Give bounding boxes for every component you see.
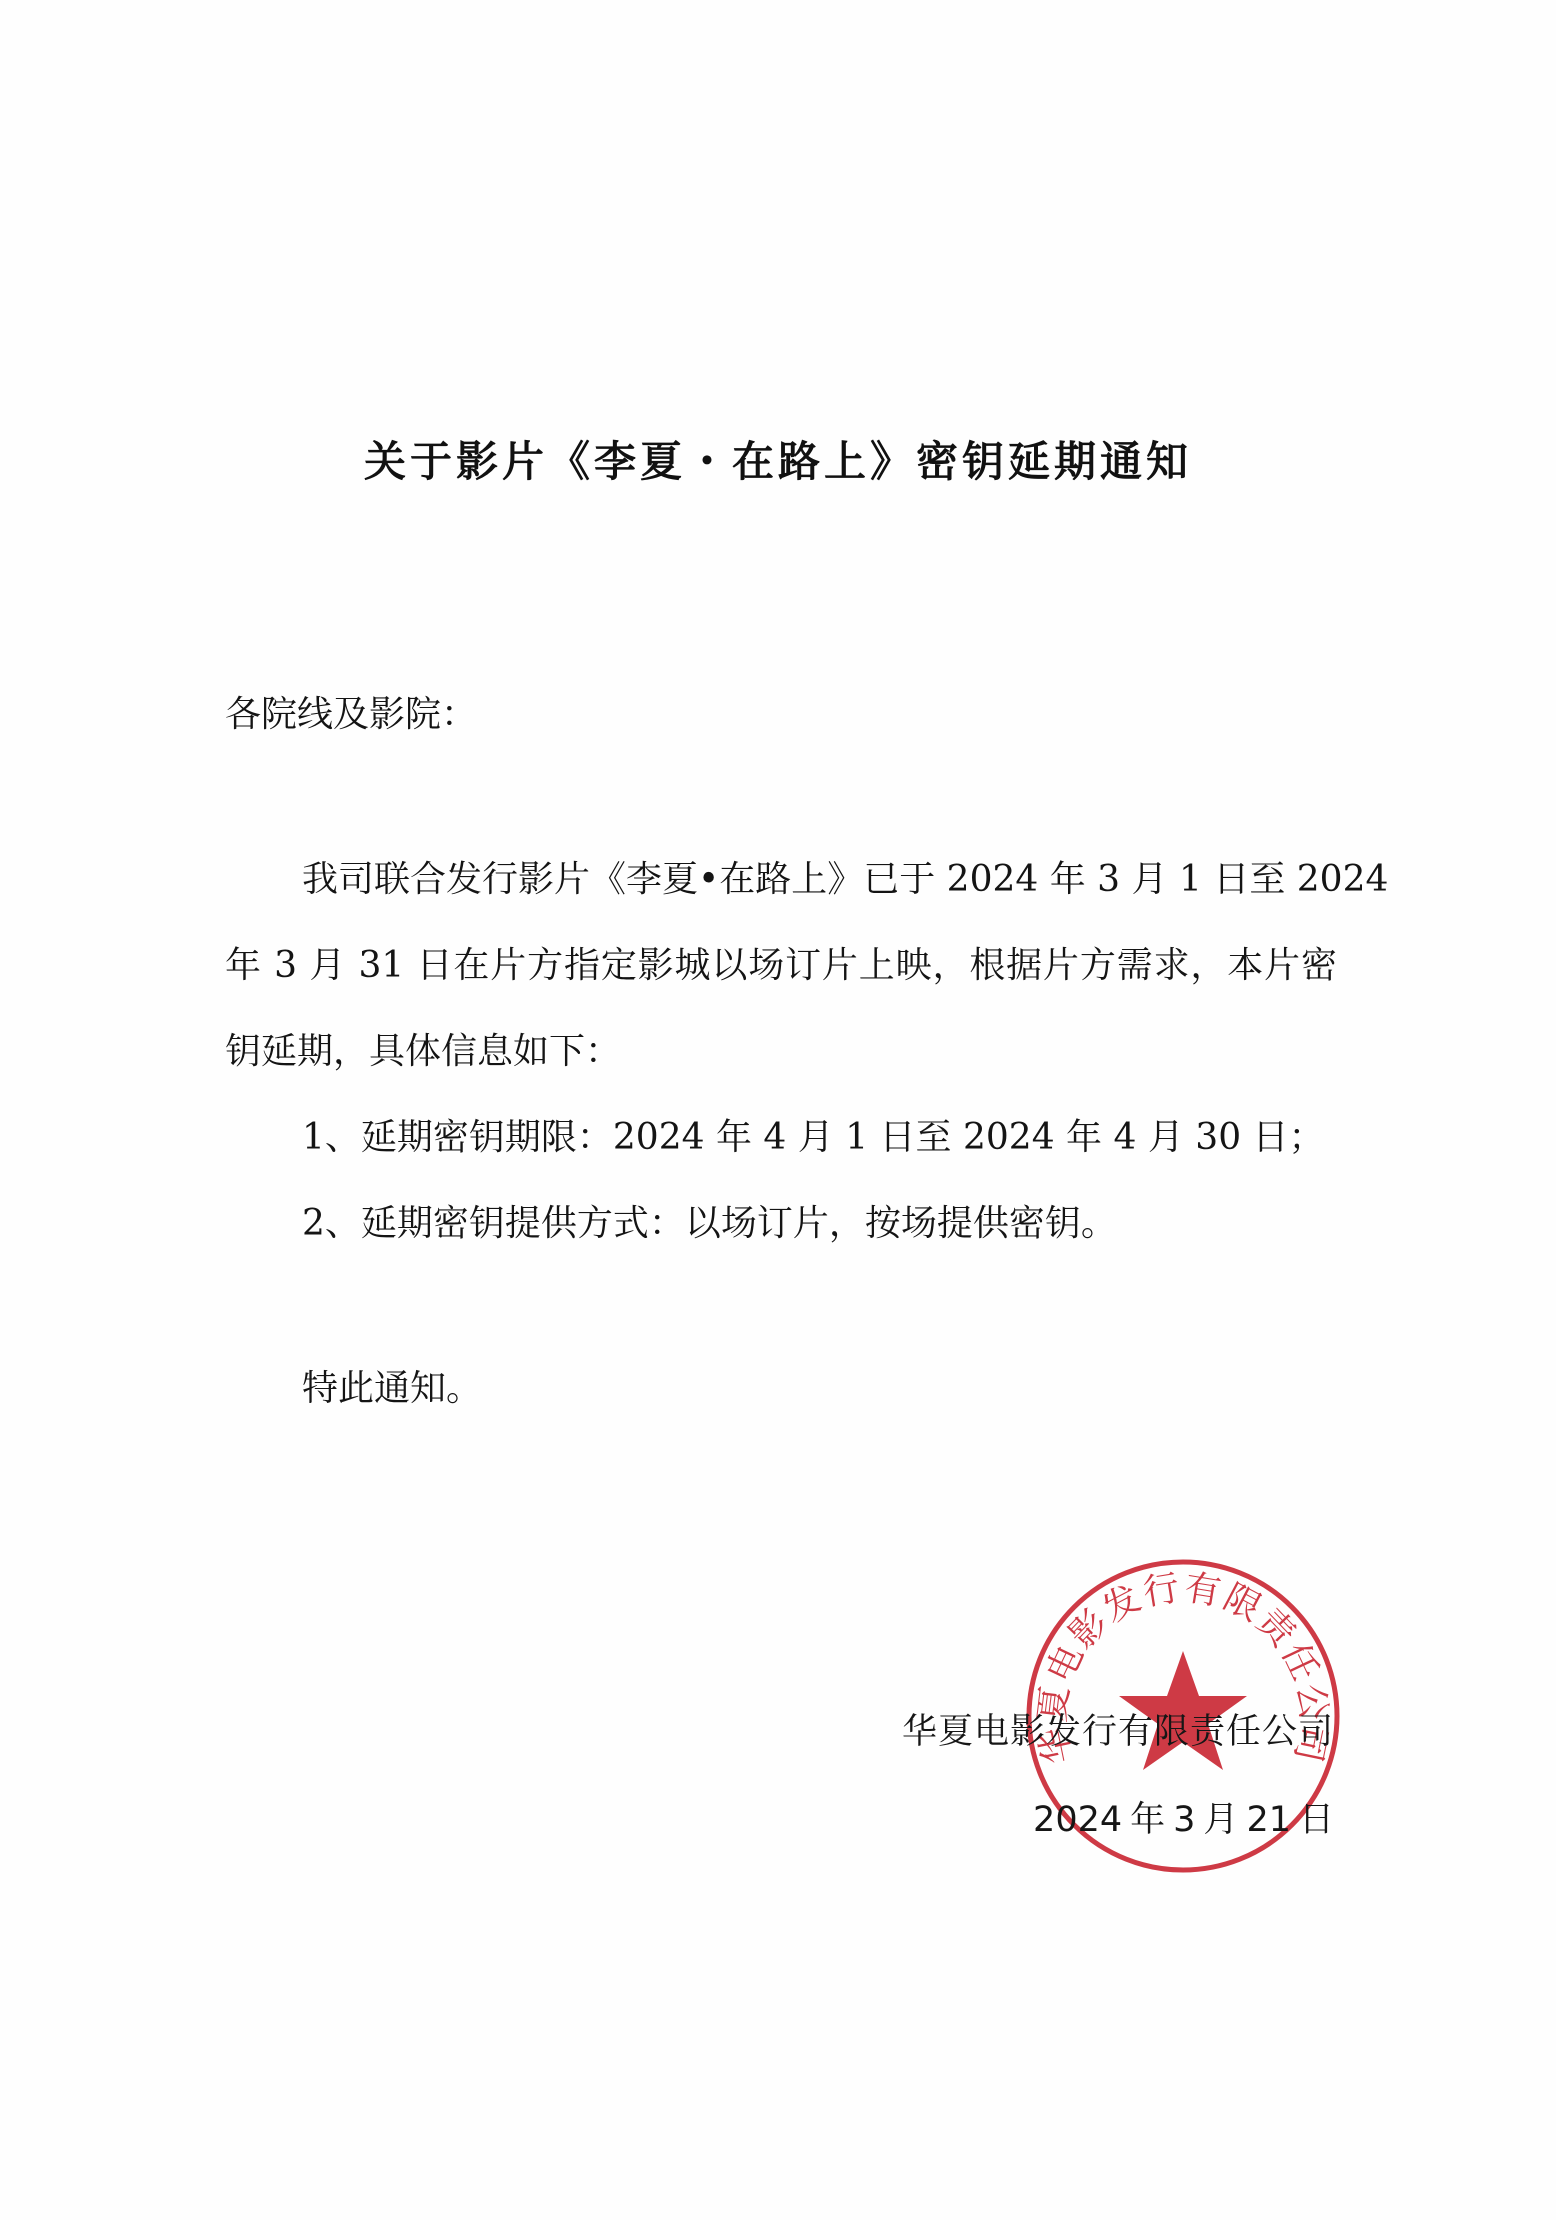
- body-line: 年 3 月 31 日在片方指定影城以场订片上映，根据片方需求，本片密: [225, 944, 1337, 1030]
- body-line: 我司联合发行影片《李夏•在路上》已于 2024 年 3 月 1 日至 2024: [225, 858, 1337, 944]
- signature-date: 2024年3月21日: [1033, 1798, 1334, 1842]
- closing-remark: 特此通知。: [302, 1367, 482, 1411]
- date-day-unit: 日: [1299, 1800, 1334, 1840]
- details-list: 1、延期密钥期限：2024 年 4 月 1 日至 2024 年 4 月 30 日…: [302, 1116, 1325, 1288]
- list-item: 1、延期密钥期限：2024 年 4 月 1 日至 2024 年 4 月 30 日…: [302, 1116, 1325, 1202]
- salutation: 各院线及影院：: [225, 693, 477, 737]
- list-item: 2、延期密钥提供方式：以场订片，按场提供密钥。: [302, 1202, 1325, 1288]
- document-page: 关于影片《李夏・在路上》密钥延期通知 各院线及影院： 我司联合发行影片《李夏•在…: [0, 0, 1556, 2220]
- date-day: 21: [1246, 1800, 1291, 1840]
- date-year-unit: 年: [1130, 1800, 1165, 1840]
- date-month: 3: [1173, 1800, 1195, 1840]
- body-paragraph: 我司联合发行影片《李夏•在路上》已于 2024 年 3 月 1 日至 2024 …: [225, 858, 1337, 1116]
- date-year: 2024: [1033, 1800, 1122, 1840]
- document-title: 关于影片《李夏・在路上》密钥延期通知: [0, 436, 1556, 488]
- date-month-unit: 月: [1203, 1800, 1238, 1840]
- signature-company: 华夏电影发行有限责任公司: [902, 1710, 1334, 1754]
- body-line: 钥延期，具体信息如下：: [225, 1030, 1337, 1116]
